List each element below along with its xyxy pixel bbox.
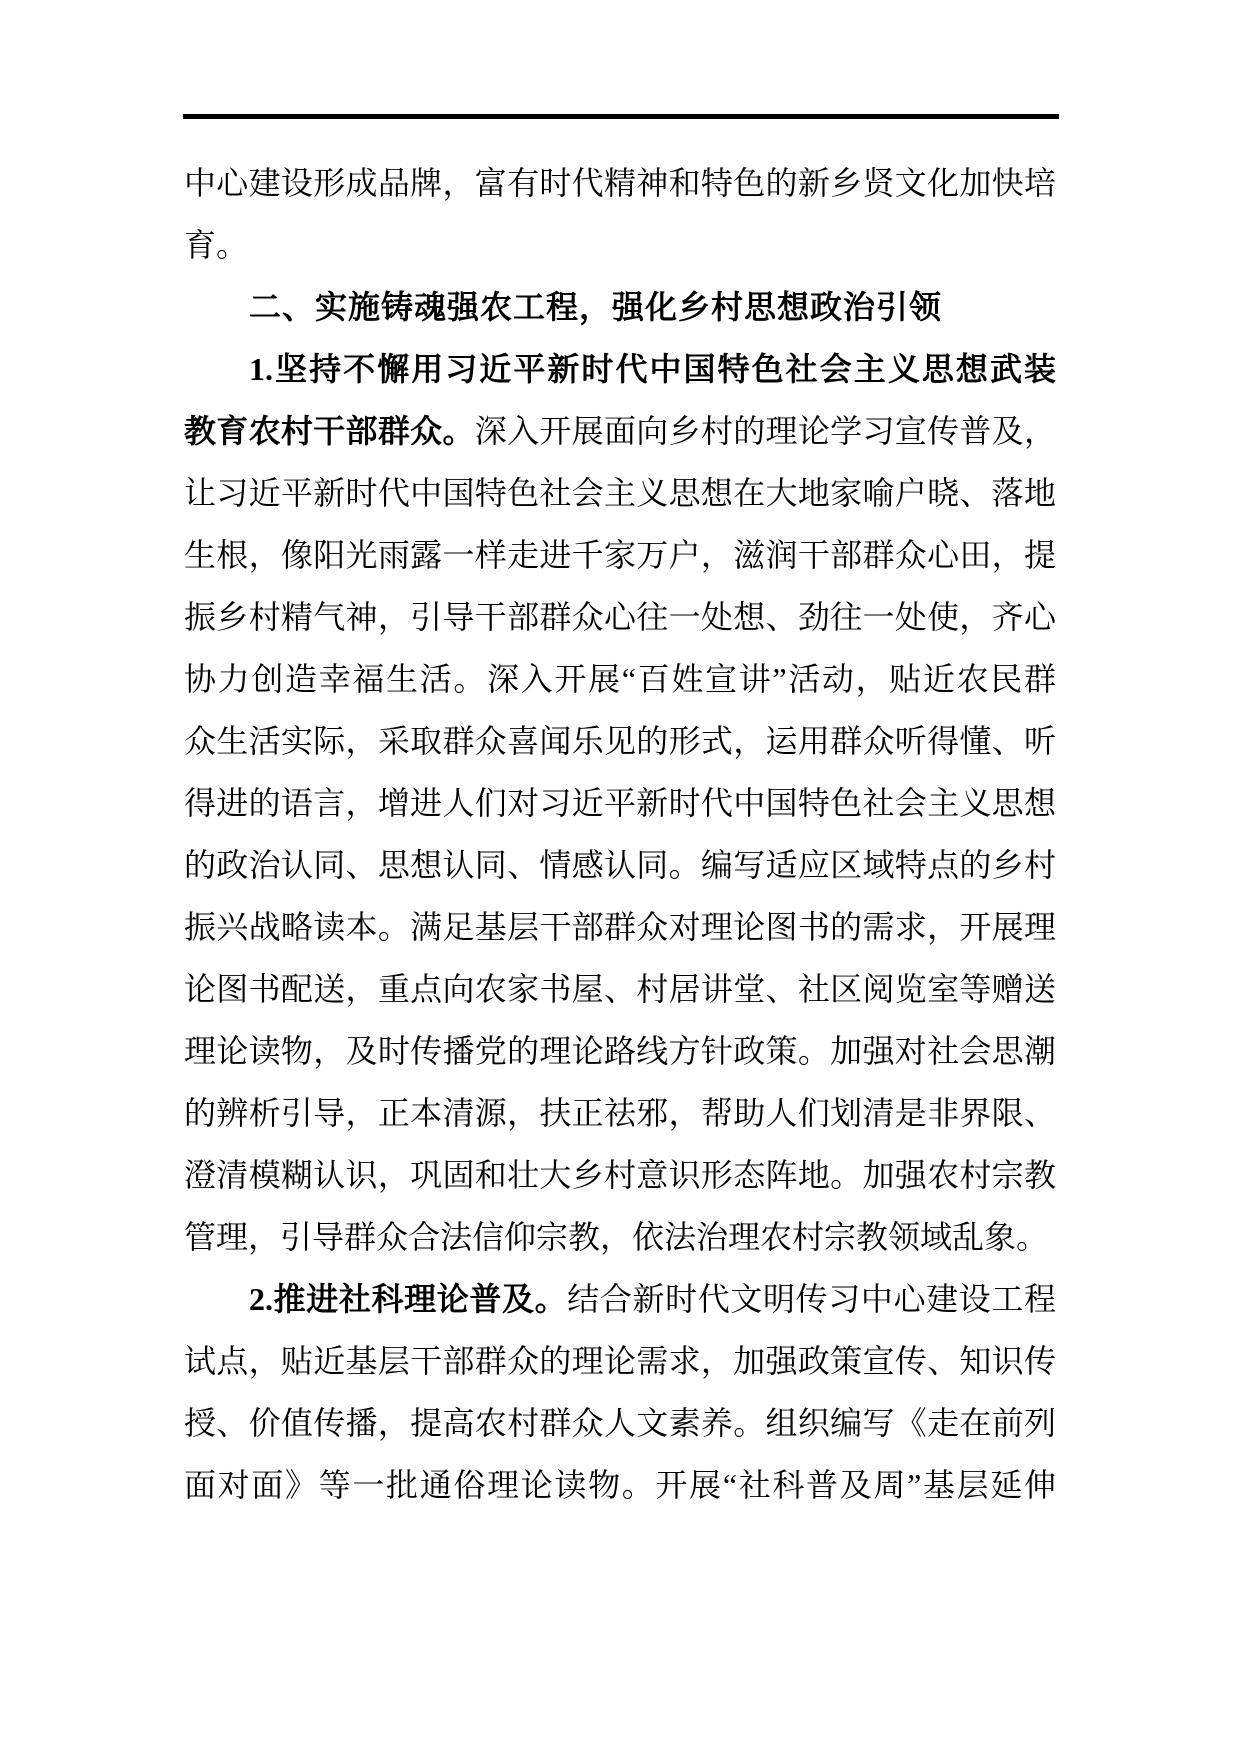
text-line: 协力创造幸福生活。深入开展“百姓宣讲”活动，贴近农民群 — [184, 648, 1056, 710]
text-segment: 论图书配送，重点向农家书屋、村居讲堂、社区阅览室等赠送 — [184, 971, 1056, 1007]
text-segment: 让习近平新时代中国特色社会主义思想在大地家喻户晓、落地 — [184, 475, 1056, 511]
text-line: 让习近平新时代中国特色社会主义思想在大地家喻户晓、落地 — [184, 462, 1056, 524]
text-segment: 育。 — [184, 227, 248, 263]
section-heading: 二、实施铸魂强农工程，强化乡村思想政治引领 — [184, 276, 1056, 338]
text-segment: 生根，像阳光雨露一样走进千家万户，滋润干部群众心田，提 — [184, 537, 1056, 573]
text-line: 的政治认同、思想认同、情感认同。编写适应区域特点的乡村 — [184, 834, 1056, 896]
text-segment: 众生活实际，采取群众喜闻乐见的形式，运用群众听得懂、听 — [184, 723, 1056, 759]
text-segment: 的辨析引导，正本清源，扶正祛邪，帮助人们划清是非界限、 — [184, 1095, 1056, 1131]
text-line: 振乡村精气神，引导干部群众心往一处想、劲往一处使，齐心 — [184, 586, 1056, 648]
header-separator-line — [183, 114, 1059, 119]
text-line: 面对面》等一批通俗理论读物。开展“社科普及周”基层延伸 — [184, 1454, 1056, 1516]
text-segment: 得进的语言，增进人们对习近平新时代中国特色社会主义思想 — [184, 785, 1056, 821]
text-line: 授、价值传播，提高农村群众人文素养。组织编写《走在前列 — [184, 1392, 1056, 1454]
text-segment: 试点，贴近基层干部群众的理论需求，加强政策宣传、知识传 — [184, 1343, 1056, 1379]
text-line: 振兴战略读本。满足基层干部群众对理论图书的需求，开展理 — [184, 896, 1056, 958]
bold-text-segment: 1.坚持不懈用习近平新时代中国特色社会主义思想武装 — [249, 351, 1056, 387]
text-line: 论图书配送，重点向农家书屋、村居讲堂、社区阅览室等赠送 — [184, 958, 1056, 1020]
text-line: 理论读物，及时传播党的理论路线方针政策。加强对社会思潮 — [184, 1020, 1056, 1082]
text-line: 生根，像阳光雨露一样走进千家万户，滋润干部群众心田，提 — [184, 524, 1056, 586]
text-segment: 振兴战略读本。满足基层干部群众对理论图书的需求，开展理 — [184, 909, 1056, 945]
text-line: 的辨析引导，正本清源，扶正祛邪，帮助人们划清是非界限、 — [184, 1082, 1056, 1144]
text-segment: 深入开展面向乡村的理论学习宣传普及， — [475, 413, 1056, 449]
text-segment: 授、价值传播，提高农村群众人文素养。组织编写《走在前列 — [184, 1405, 1056, 1441]
text-segment: 管理，引导群众合法信仰宗教，依法治理农村宗教领域乱象。 — [184, 1219, 1048, 1255]
text-segment: 澄清模糊认识，巩固和壮大乡村意识形态阵地。加强农村宗教 — [184, 1157, 1056, 1193]
text-segment: 协力创造幸福生活。深入开展“百姓宣讲”活动，贴近农民群 — [184, 661, 1056, 697]
text-line: 得进的语言，增进人们对习近平新时代中国特色社会主义思想 — [184, 772, 1056, 834]
text-segment: 中心建设形成品牌，富有时代精神和特色的新乡贤文化加快培 — [184, 165, 1056, 201]
text-segment: 的政治认同、思想认同、情感认同。编写适应区域特点的乡村 — [184, 847, 1056, 883]
text-line: 澄清模糊认识，巩固和壮大乡村意识形态阵地。加强农村宗教 — [184, 1144, 1056, 1206]
text-line: 中心建设形成品牌，富有时代精神和特色的新乡贤文化加快培 — [184, 152, 1056, 214]
text-line: 管理，引导群众合法信仰宗教，依法治理农村宗教领域乱象。 — [184, 1206, 1056, 1268]
text-line: 2.推进社科理论普及。结合新时代文明传习中心建设工程 — [184, 1268, 1056, 1330]
document-body: 中心建设形成品牌，富有时代精神和特色的新乡贤文化加快培育。二、实施铸魂强农工程，… — [184, 152, 1056, 1516]
text-line: 众生活实际，采取群众喜闻乐见的形式，运用群众听得懂、听 — [184, 710, 1056, 772]
text-segment: 结合新时代文明传习中心建设工程 — [567, 1281, 1056, 1317]
bold-text-segment: 二、实施铸魂强农工程，强化乡村思想政治引领 — [249, 289, 942, 325]
text-line: 教育农村干部群众。深入开展面向乡村的理论学习宣传普及， — [184, 400, 1056, 462]
text-line: 试点，贴近基层干部群众的理论需求，加强政策宣传、知识传 — [184, 1330, 1056, 1392]
bold-text-segment: 教育农村干部群众。 — [184, 413, 475, 449]
text-segment: 面对面》等一批通俗理论读物。开展“社科普及周”基层延伸 — [184, 1467, 1056, 1503]
document-page: 中心建设形成品牌，富有时代精神和特色的新乡贤文化加快培育。二、实施铸魂强农工程，… — [0, 0, 1241, 1755]
bold-text-segment: 2.推进社科理论普及。 — [249, 1281, 567, 1317]
text-segment: 理论读物，及时传播党的理论路线方针政策。加强对社会思潮 — [184, 1033, 1056, 1069]
text-segment: 振乡村精气神，引导干部群众心往一处想、劲往一处使，齐心 — [184, 599, 1056, 635]
text-line: 1.坚持不懈用习近平新时代中国特色社会主义思想武装 — [184, 338, 1056, 400]
text-line: 育。 — [184, 214, 1056, 276]
